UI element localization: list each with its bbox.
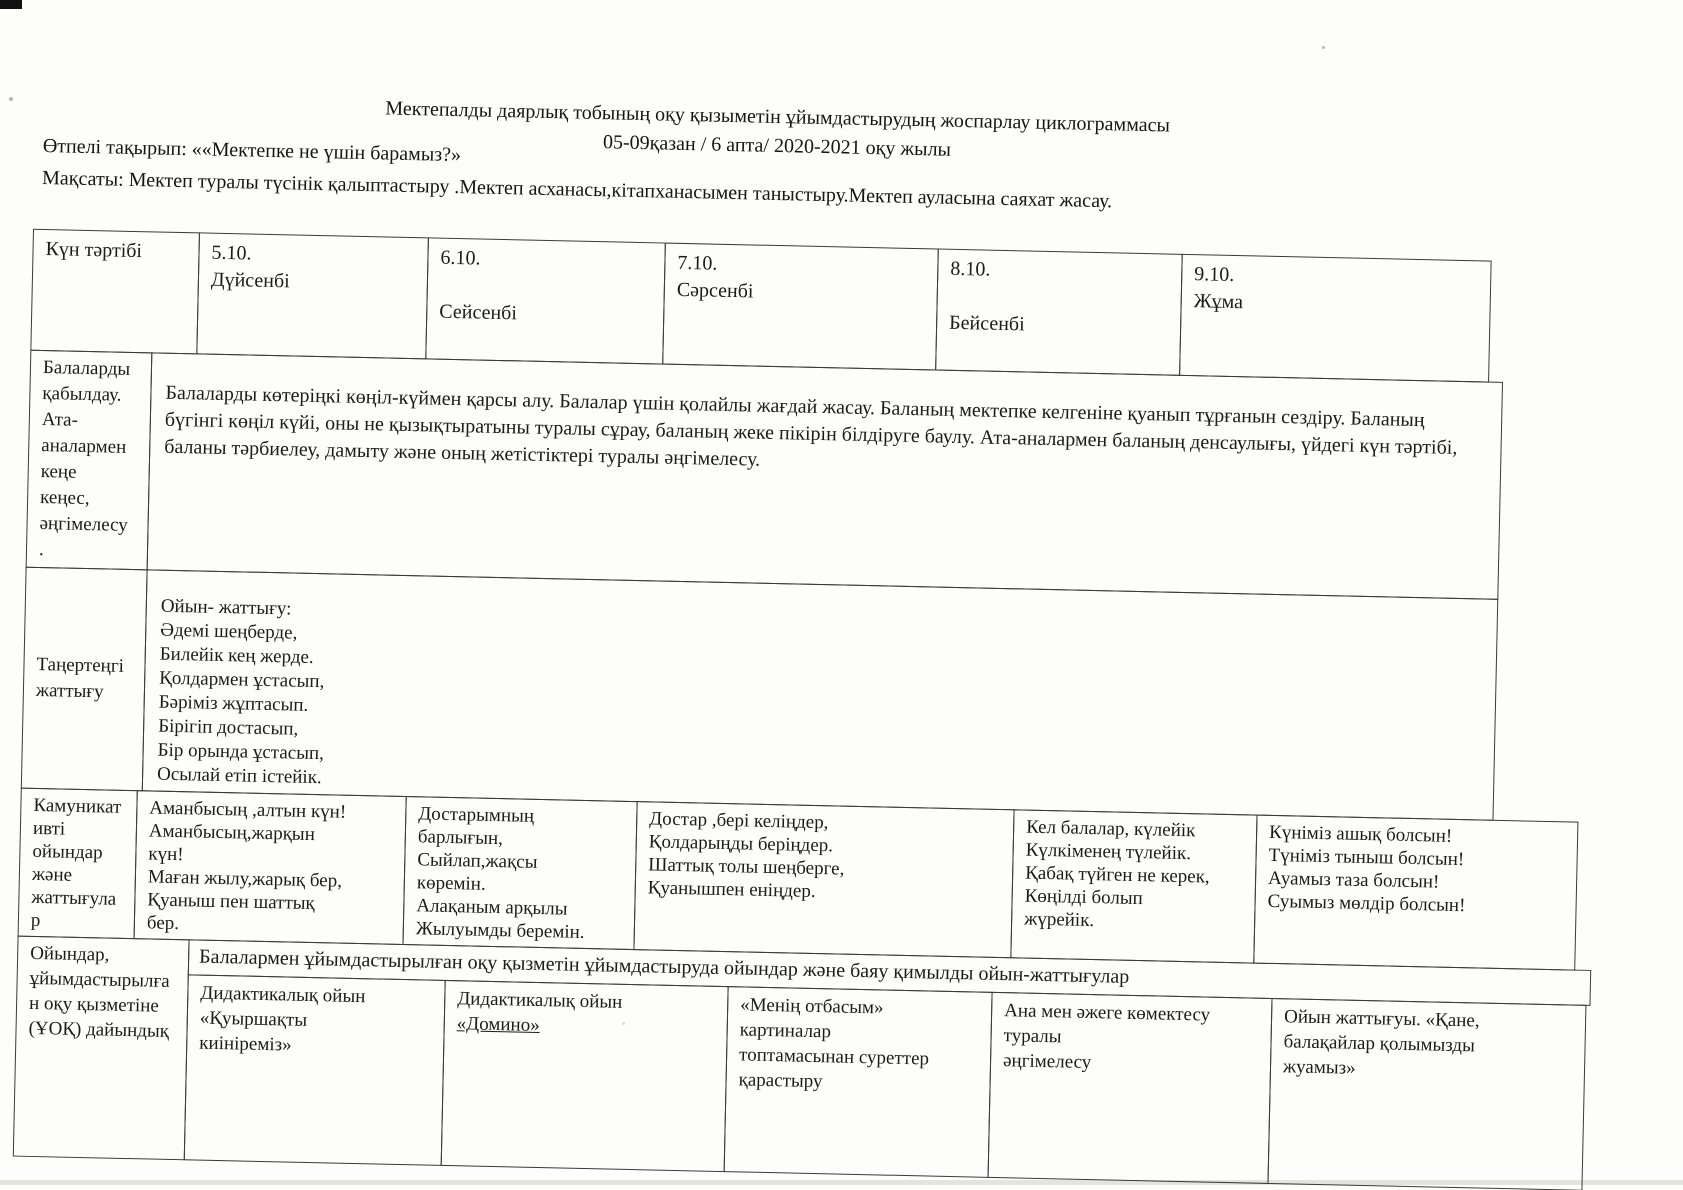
games-cell-wednesday: «Менің отбасым» картиналар топтамасынан … xyxy=(724,986,993,1178)
morning-exercise-row: Таңертеңгі жаттығу Ойын- жаттығу: Әдемі … xyxy=(21,567,1599,823)
games-cell-text: Ана мен әжеге көмектесу туралы әңгімелес… xyxy=(1003,1000,1210,1073)
day-header-cell-thursday: 8.10. Бейсенбі xyxy=(935,249,1183,376)
games-cell-underlined-title: «Домино» xyxy=(457,1013,540,1036)
weekly-schedule-table: Күн тәртібі 5.10. Дүйсенбі 6.10. Сейсенб… xyxy=(13,229,1607,1190)
reception-row-text: Балаларды көтеріңкі көңіл-күймен қарсы а… xyxy=(147,352,1503,599)
games-prep-label: Ойындар, ұйымдастырылға н оқу қызметіне … xyxy=(13,936,190,1161)
scanned-page-content: Мектепалды даярлық тобының оқу қызыметін… xyxy=(0,0,1640,1190)
day-header-cell-monday: 5.10. Дүйсенбі xyxy=(196,232,429,359)
games-cell-friday: Ойын жаттығуы. «Қане, балақайлар қолымыз… xyxy=(1267,998,1586,1190)
scanned-document-page: { "page": { "title_line1": "Мектепалды д… xyxy=(0,0,1683,1190)
games-cell-text: Дидактикалық ойын «Қуыршақты киініреміз» xyxy=(199,983,366,1056)
day-header-cell-wednesday: 7.10. Сәрсенбі xyxy=(662,243,939,371)
header-cell-daily-routine: Күн тәртібі xyxy=(30,229,200,355)
communicative-cell-thursday: Кел балалар, күлейік Күлкіменең түлейік.… xyxy=(1010,809,1257,963)
communicative-cell-wednesday: Достар ,бері келіңдер, Қолдарыңды беріңд… xyxy=(633,801,1014,958)
games-cell-monday: Дидактикалық ойын «Қуыршақты киініреміз» xyxy=(184,974,446,1166)
reception-row: Балаларды қабылдау. Ата- аналармен кеңе … xyxy=(26,350,1604,602)
morning-exercise-text: Ойын- жаттығу: Әдемі шеңберде, Билейік к… xyxy=(142,569,1499,820)
games-prep-subtable: Балалармен ұйымдастырылған оқу қызметін … xyxy=(184,939,1591,1190)
reception-row-label: Балаларды қабылдау. Ата- аналармен кеңе … xyxy=(26,350,153,571)
document-header: Мектепалды даярлық тобының оқу қызыметін… xyxy=(0,86,1558,178)
day-header-cell-friday: 9.10. Жұма xyxy=(1179,254,1492,383)
goal-line: Мақсаты: Мектеп туралы түсінік қалыптаст… xyxy=(42,167,1113,213)
games-cell-tuesday: Дидактикалық ойын «Домино» xyxy=(441,980,729,1172)
games-prep-row: Ойындар, ұйымдастырылға н оқу қызметіне … xyxy=(13,936,1591,1190)
games-cell-text: «Менің отбасым» картиналар топтамасынан … xyxy=(738,994,929,1092)
communicative-games-label: Камуникат ивті ойындар және жаттығула р xyxy=(18,788,138,940)
games-cell-text: Ойын жаттығуы. «Қане, балақайлар қолымыз… xyxy=(1283,1006,1480,1079)
games-prep-cells-row: Дидактикалық ойын «Қуыршақты киініреміз»… xyxy=(184,974,1591,1190)
games-cell-thursday: Ана мен әжеге көмектесу туралы әңгімелес… xyxy=(988,992,1273,1184)
morning-exercise-label: Таңертеңгі жаттығу xyxy=(21,567,148,792)
day-header-cell-tuesday: 6.10. Сейсенбі xyxy=(425,237,666,364)
communicative-cell-tuesday: Достарымның барлығын, Сыйлап,жақсы көрем… xyxy=(402,796,637,950)
communicative-cell-monday: Аманбысың ,алтын күн! Аманбысың,жарқын к… xyxy=(134,790,407,945)
communicative-cell-friday: Күніміз ашық болсын! Түніміз тыныш болсы… xyxy=(1253,815,1578,971)
games-cell-text: Дидактикалық ойын xyxy=(457,988,622,1013)
